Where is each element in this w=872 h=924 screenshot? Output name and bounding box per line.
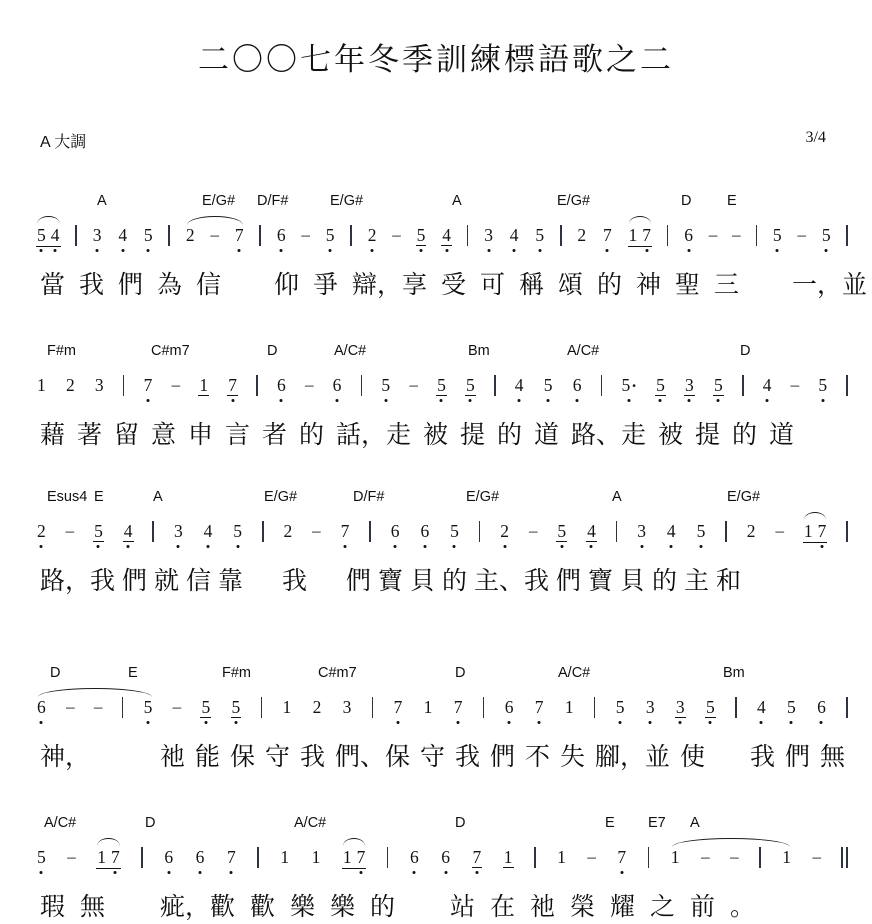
note: 1 <box>96 847 107 868</box>
octave-dot-below <box>54 249 57 252</box>
octave-dot-below <box>606 249 609 252</box>
lyric-char: 歡 <box>250 891 290 924</box>
note-number: 6 <box>163 847 174 867</box>
music-system: AE/G#D/F#E/G#AE/G#DE543452–76–52–5434527… <box>0 191 872 305</box>
octave-dot-below <box>336 399 339 402</box>
lyric-char: 樂 <box>330 891 370 924</box>
lyric-char: 我 <box>750 741 785 777</box>
barline <box>756 225 758 246</box>
note-number: 3 <box>636 521 647 541</box>
slur-arc <box>187 216 243 225</box>
note-number: 7 <box>472 847 483 868</box>
barline <box>369 521 371 542</box>
lyric-char: 主、 <box>474 565 524 601</box>
note-number: 5 <box>36 847 47 867</box>
note-number: 7 <box>143 375 154 395</box>
lyric-char: 並 <box>842 269 872 305</box>
note-number: 4 <box>441 225 452 246</box>
octave-dot-below <box>147 249 150 252</box>
note-number: 5 <box>786 697 797 717</box>
octave-dot-below <box>547 399 550 402</box>
chord-label: Bm <box>723 665 745 681</box>
octave-dot-below <box>280 399 283 402</box>
chord-label: Esus4 <box>47 489 87 505</box>
note: 3 <box>342 697 353 718</box>
lyric-char: 主 <box>684 565 716 601</box>
note: 5 <box>817 375 828 396</box>
note: 2 <box>367 225 378 246</box>
barline <box>350 225 352 246</box>
lyric-char: 當 <box>40 269 79 305</box>
lyric-char: 者 <box>262 419 299 455</box>
note: 6 <box>276 225 287 246</box>
note: 5 <box>143 697 154 718</box>
note-number: 3 <box>483 225 494 245</box>
lyric-char: 聖 <box>675 269 714 305</box>
note: 1 <box>556 847 567 868</box>
lyric-char: 們 <box>346 565 378 601</box>
lyric-char: 的 <box>370 891 410 924</box>
note: 6 <box>332 375 343 396</box>
lyric-char: 貝 <box>410 565 442 601</box>
octave-dot-below <box>508 721 511 724</box>
chord-label: E/G# <box>202 193 235 209</box>
note: 7 <box>393 697 404 718</box>
chord-label: D <box>740 343 750 359</box>
octave-dot-below <box>97 545 100 548</box>
chord-label: A/C# <box>294 815 326 831</box>
octave-dot-below <box>538 721 541 724</box>
barline <box>261 697 263 718</box>
chord-row: AE/G#D/F#E/G#AE/G#DE <box>0 191 872 215</box>
lyric-char: 道 <box>534 419 571 455</box>
note: 1 <box>198 375 209 396</box>
octave-dot-below <box>423 545 426 548</box>
barline <box>594 697 596 718</box>
lyric-char: 爭 <box>313 269 352 305</box>
octave-dot-below <box>487 249 490 252</box>
note: 2 <box>65 375 76 396</box>
octave-dot-below <box>825 249 828 252</box>
lyric-row: 藉著留意申言者的話，走被提的道路、走被提的道 <box>40 419 872 455</box>
lyric-spacer <box>715 741 750 777</box>
octave-dot-below <box>820 721 823 724</box>
duration-dash: – <box>529 521 538 541</box>
octave-dot-below <box>413 871 416 874</box>
note-number: 6 <box>409 847 420 867</box>
barline <box>256 375 258 396</box>
note: 7 <box>110 847 121 868</box>
lyric-char: 使 <box>680 741 715 777</box>
lyric-char: 保 <box>230 741 265 777</box>
notes-row: 6––5–551237176715335456 <box>36 687 848 737</box>
music-system: A/C#DA/C#DEE7A5–17667111766711–71––1–瑕無疵… <box>0 813 872 924</box>
chord-label: A/C# <box>558 665 590 681</box>
octave-dot-below <box>96 249 99 252</box>
note-number: 1 <box>342 847 353 867</box>
octave-dot-below <box>40 721 43 724</box>
note-number: 6 <box>276 375 287 395</box>
chord-label: A <box>97 193 107 209</box>
note-number: 6 <box>195 847 206 867</box>
lyric-char: 疵， <box>160 891 210 924</box>
note: 1 <box>670 847 681 868</box>
note-number: 1 <box>311 847 322 867</box>
octave-dot-below <box>679 721 682 724</box>
note-number: 4 <box>123 521 134 542</box>
note-number: 7 <box>602 225 613 245</box>
note: 4 <box>514 375 525 396</box>
note: 7 <box>534 697 545 718</box>
note-number: 5 <box>543 375 554 395</box>
note: 4 <box>117 225 128 246</box>
lyric-char: 我 <box>90 565 122 601</box>
lyric-char: 著 <box>77 419 114 455</box>
notes-row: 543452–76–52–5434527176––5–5 <box>36 215 848 265</box>
note: 2 <box>312 697 323 718</box>
chord-label: D <box>50 665 60 681</box>
note: 6 <box>195 847 206 868</box>
note: 5 <box>231 697 242 718</box>
music-system: DEF#mC#m7DA/C#Bm6––5–551237176715335456神… <box>0 663 872 777</box>
note: 1 <box>342 847 353 868</box>
note-number: 2 <box>65 375 76 395</box>
lyric-char: 們、 <box>335 741 385 777</box>
note: 2 <box>746 521 757 542</box>
duration-dash: – <box>798 225 807 245</box>
lyric-char: 的 <box>732 419 769 455</box>
note: 5 <box>325 225 336 246</box>
note: 5 <box>713 375 724 396</box>
chord-label: D/F# <box>353 489 384 505</box>
lyric-char: 們 <box>490 741 525 777</box>
octave-dot-below <box>766 399 769 402</box>
note-number: 7 <box>534 697 545 717</box>
note: 2 <box>576 225 587 246</box>
octave-dot-below <box>40 871 43 874</box>
beamed-note-group: 17 <box>342 847 367 869</box>
octave-dot-below <box>659 399 662 402</box>
octave-dot-below <box>776 249 779 252</box>
barline <box>122 697 124 718</box>
duration-dash: – <box>791 375 800 395</box>
octave-dot-below <box>760 721 763 724</box>
lyric-char: 申 <box>188 419 225 455</box>
note: 1 <box>423 697 434 718</box>
lyric-char: 樂 <box>290 891 330 924</box>
octave-dot-below <box>199 871 202 874</box>
octave-dot-below <box>649 721 652 724</box>
lyric-char: 言 <box>225 419 262 455</box>
note-number: 4 <box>762 375 773 395</box>
barline <box>75 225 77 246</box>
note: 4 <box>586 521 597 542</box>
note-number: 1 <box>781 847 792 867</box>
note-number: 6 <box>504 697 515 717</box>
lyric-char: 走 <box>621 419 658 455</box>
note: 5 <box>821 225 832 246</box>
lyric-char: 歡 <box>210 891 250 924</box>
octave-dot-below <box>127 545 130 548</box>
lyric-char: 保 <box>385 741 420 777</box>
octave-dot-below <box>590 545 593 548</box>
chord-label: C#m7 <box>151 343 190 359</box>
note-number: 5 <box>143 225 154 245</box>
octave-dot-below <box>204 721 207 724</box>
note-number: 7 <box>340 521 351 541</box>
octave-dot-below <box>538 249 541 252</box>
barline <box>759 847 761 868</box>
lyric-spacer <box>90 741 125 777</box>
note-number: 7 <box>226 847 237 867</box>
note-number: 5 <box>232 521 243 541</box>
dot-after: · <box>631 376 637 395</box>
octave-dot-below <box>627 399 630 402</box>
lyric-row: 路，我們就信靠我們寶貝的主、我們寶貝的主和 <box>40 565 872 601</box>
barline <box>483 697 485 718</box>
octave-dot-below <box>790 721 793 724</box>
chord-label: A <box>690 815 700 831</box>
chord-label: D <box>455 665 465 681</box>
note-number: 1 <box>556 847 567 867</box>
note-number: 6 <box>276 225 287 245</box>
octave-dot-below <box>699 545 702 548</box>
octave-dot-below <box>640 545 643 548</box>
octave-dot-below <box>40 545 43 548</box>
duration-dash: – <box>409 375 418 395</box>
lyric-char: 被 <box>423 419 460 455</box>
octave-dot-below <box>620 871 623 874</box>
note-number: 6 <box>572 375 583 395</box>
chord-label: A <box>612 489 622 505</box>
octave-dot-below <box>114 871 117 874</box>
octave-dot-below <box>234 721 237 724</box>
lyric-char: 信 <box>196 269 235 305</box>
note: 1 <box>503 847 514 868</box>
sheet-music-page: { "page": {"background": "#ffffff", "ink… <box>0 0 872 924</box>
note: 1 <box>311 847 322 868</box>
lyric-char: 並 <box>645 741 680 777</box>
barline <box>846 375 848 396</box>
barline <box>648 847 650 868</box>
barline <box>846 225 848 246</box>
note: 5 <box>534 225 545 246</box>
duration-dash: – <box>732 225 741 245</box>
song-title: 二〇〇七年冬季訓練標語歌之二 <box>0 34 872 79</box>
note-number: 4 <box>509 225 520 245</box>
beamed-note-group: 17 <box>628 225 653 247</box>
note-number: 4 <box>666 521 677 541</box>
duration-dash: – <box>173 697 182 717</box>
lyric-char: 可 <box>480 269 519 305</box>
note-number: 6 <box>332 375 343 395</box>
chord-row: DEF#mC#m7DA/C#Bm <box>0 663 872 687</box>
note: 6 <box>36 697 47 718</box>
note-number: 5 <box>615 697 626 717</box>
octave-dot-below <box>576 399 579 402</box>
note: 4 <box>50 225 61 246</box>
note: 3 <box>92 225 103 246</box>
barline <box>534 847 536 868</box>
octave-dot-below <box>513 249 516 252</box>
note: 6 <box>572 375 583 396</box>
lyric-char: 耀 <box>610 891 650 924</box>
lyric-char: 提 <box>695 419 732 455</box>
note: 5· <box>620 375 636 396</box>
note: 1 <box>564 697 575 718</box>
note-number: 3 <box>92 225 103 245</box>
lyric-char: 就 <box>154 565 186 601</box>
note-number: 5 <box>705 697 716 718</box>
note-number: 7 <box>227 375 238 396</box>
barline <box>479 521 481 542</box>
octave-dot-below <box>821 545 824 548</box>
chord-label: E7 <box>648 815 666 831</box>
octave-dot-below <box>396 721 399 724</box>
octave-dot-below <box>469 399 472 402</box>
duration-dash: – <box>210 225 219 245</box>
octave-dot-below <box>343 545 346 548</box>
octave-dot-below <box>440 399 443 402</box>
chord-label: D/F# <box>257 193 288 209</box>
duration-dash: – <box>66 521 75 541</box>
note: 3 <box>483 225 494 246</box>
duration-dash: – <box>94 697 103 717</box>
barline <box>725 521 727 542</box>
note-number: 7 <box>356 847 367 867</box>
lyric-char: 我 <box>79 269 118 305</box>
chord-label: A/C# <box>334 343 366 359</box>
note-number: 3 <box>94 375 105 395</box>
lyric-char: 話， <box>336 419 386 455</box>
octave-dot-below <box>231 399 234 402</box>
note: 5 <box>772 225 783 246</box>
octave-dot-below <box>420 249 423 252</box>
barline <box>123 375 125 396</box>
beamed-note-group: 17 <box>803 521 828 543</box>
chord-label: E/G# <box>727 489 760 505</box>
lyric-char: 榮 <box>570 891 610 924</box>
chord-label: D <box>267 343 277 359</box>
octave-dot-below <box>384 399 387 402</box>
chord-label: E/G# <box>264 489 297 505</box>
note-number: 6 <box>390 521 401 541</box>
lyric-char: 腳， <box>595 741 645 777</box>
barline <box>846 521 848 542</box>
note-number: 1 <box>36 375 47 395</box>
note: 5 <box>36 847 47 868</box>
octave-dot-below <box>394 545 397 548</box>
note: 1 <box>282 697 293 718</box>
chord-label: D <box>681 193 691 209</box>
lyric-char: 意 <box>151 419 188 455</box>
note-number: 5 <box>821 225 832 245</box>
lyric-char: 的 <box>652 565 684 601</box>
lyric-char: 我 <box>455 741 490 777</box>
note: 3 <box>636 521 647 542</box>
lyric-spacer <box>120 891 160 924</box>
note-number: 6 <box>419 521 430 541</box>
barline <box>467 225 469 246</box>
lyric-spacer <box>314 565 346 601</box>
note-number: 1 <box>279 847 290 867</box>
note-number: 6 <box>36 697 47 717</box>
note: 7 <box>340 521 351 542</box>
octave-dot-below <box>444 871 447 874</box>
note: 5 <box>200 697 211 718</box>
duration-dash: – <box>709 225 718 245</box>
note: 7 <box>472 847 483 868</box>
octave-dot-below <box>457 721 460 724</box>
note-number: 7 <box>616 847 627 867</box>
octave-dot-below <box>453 545 456 548</box>
note: 7 <box>226 847 237 868</box>
octave-dot-below <box>40 249 43 252</box>
note-number: 1 <box>282 697 293 717</box>
barline <box>372 697 374 718</box>
note: 5 <box>449 521 460 542</box>
lyric-char: 辯， <box>352 269 402 305</box>
chord-label: Bm <box>468 343 490 359</box>
octave-dot-below <box>329 249 332 252</box>
note: 1 <box>36 375 47 396</box>
chord-label: A <box>452 193 462 209</box>
lyric-char: 留 <box>114 419 151 455</box>
lyric-char: 不 <box>525 741 560 777</box>
beamed-note-group: 54 <box>36 225 61 247</box>
note-number: 3 <box>173 521 184 541</box>
octave-dot-below <box>207 545 210 548</box>
note-number: 5 <box>416 225 427 246</box>
duration-dash: – <box>587 847 596 867</box>
note: 7 <box>227 375 238 396</box>
lyric-char: 提 <box>460 419 497 455</box>
lyric-char: 們 <box>785 741 820 777</box>
chord-label: F#m <box>222 665 251 681</box>
note-number: 5 <box>231 697 242 718</box>
lyric-char: 之 <box>650 891 690 924</box>
lyric-char: 靠 <box>218 565 250 601</box>
note-number: 1 <box>564 697 575 717</box>
note: 4 <box>441 225 452 246</box>
octave-dot-below <box>359 871 362 874</box>
chord-label: F#m <box>47 343 76 359</box>
note-number: 7 <box>234 225 245 245</box>
note-number: 3 <box>645 697 656 717</box>
lyric-spacer <box>410 891 450 924</box>
chord-label: A/C# <box>44 815 76 831</box>
note-number: 2 <box>746 521 757 541</box>
slur-arc <box>672 838 790 847</box>
note: 3 <box>645 697 656 718</box>
note-number: 5 <box>772 225 783 245</box>
lyric-char: 神 <box>636 269 675 305</box>
lyric-char: 祂 <box>530 891 570 924</box>
note: 2 <box>36 521 47 542</box>
chord-label: E <box>128 665 138 681</box>
lyric-char: 貝 <box>620 565 652 601</box>
octave-dot-below <box>645 249 648 252</box>
lyric-char: 我 <box>282 565 314 601</box>
lyric-char: 能 <box>195 741 230 777</box>
octave-dot-below <box>371 249 374 252</box>
note-number: 7 <box>641 225 652 245</box>
chord-label: E/G# <box>330 193 363 209</box>
note: 6 <box>440 847 451 868</box>
note-number: 1 <box>96 847 107 867</box>
note-number: 5 <box>556 521 567 542</box>
note: 1 <box>803 521 814 542</box>
